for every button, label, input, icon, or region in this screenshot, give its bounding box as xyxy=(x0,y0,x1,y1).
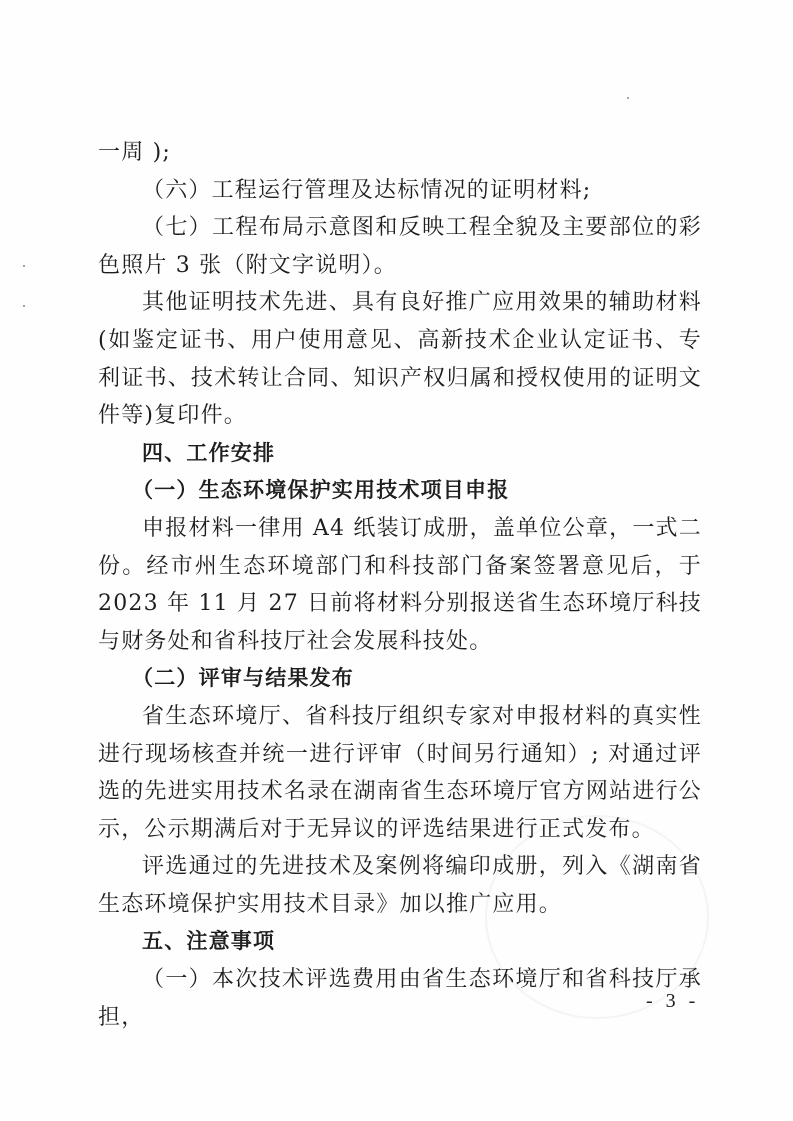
list-item-seven: （七）工程布局示意图和反映工程全貌及主要部位的彩色照片 3 张（附文字说明）。 xyxy=(98,209,702,284)
section-heading-work-arrangement: 四、工作安排 xyxy=(98,435,702,473)
paragraph-supporting-materials: 其他证明技术先进、具有良好推广应用效果的辅助材料(如鉴定证书、用户使用意见、高新… xyxy=(98,284,702,434)
section-heading-notes: 五、注意事项 xyxy=(98,923,702,961)
paragraph-review-process: 省生态环境厅、省科技厅组织专家对申报材料的真实性进行现场核查并统一进行评审（时间… xyxy=(98,698,702,848)
scan-speck xyxy=(23,265,25,267)
paragraph-continuation: 一周 ); xyxy=(98,134,702,172)
subheading-project-application: （一）生态环境保护实用技术项目申报 xyxy=(98,472,702,510)
document-body: 一周 ); （六）工程运行管理及达标情况的证明材料; （七）工程布局示意图和反映… xyxy=(98,134,702,1036)
list-item-six: （六）工程运行管理及达标情况的证明材料; xyxy=(98,172,702,210)
document-page: 一周 ); （六）工程运行管理及达标情况的证明材料; （七）工程布局示意图和反映… xyxy=(0,0,793,1121)
paragraph-notes-one: （一）本次技术评选费用由省生态环境厅和省科技厅承担， xyxy=(98,961,702,1036)
page-number: - 3 - xyxy=(646,990,699,1013)
subheading-review-results: （二）评审与结果发布 xyxy=(98,660,702,698)
paragraph-catalog: 评选通过的先进技术及案例将编印成册，列入《湖南省生态环境保护实用技术目录》加以推… xyxy=(98,848,702,923)
scan-speck xyxy=(23,305,25,307)
paragraph-application-materials: 申报材料一律用 A4 纸装订成册，盖单位公章，一式二份。经市州生态环境部门和科技… xyxy=(98,510,702,660)
scan-speck xyxy=(627,97,629,99)
